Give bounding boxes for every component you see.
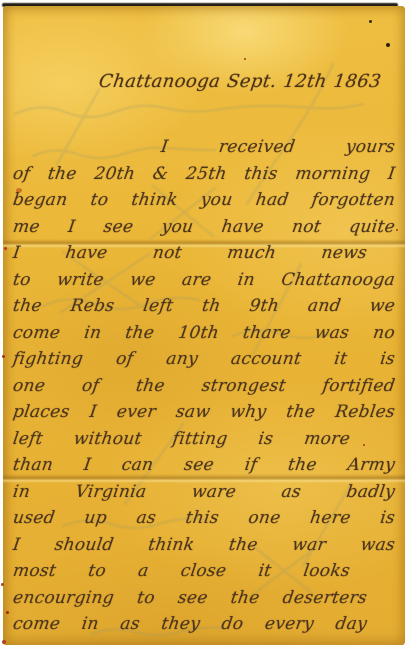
- letter-line: I received yours: [11, 134, 397, 161]
- letter-line: encourging to see the deserters: [11, 585, 397, 612]
- letter-paper: Chattanooga Sept. 12th 1863 I received y…: [3, 6, 405, 645]
- ink-speck: [386, 43, 390, 47]
- letter-line: of the 20th & 25th this morning I: [11, 161, 397, 188]
- letter-line: I should think the war was: [11, 532, 397, 559]
- letter-body: I received yours of the 20th & 25th this…: [13, 134, 395, 638]
- letter-line: one of the strongest fortified: [11, 373, 397, 400]
- foxing-speck: [244, 58, 246, 60]
- letter-line: places I ever saw why the Rebles: [11, 399, 397, 426]
- letter-line: used up as this one here is: [11, 505, 397, 532]
- scanned-letter-page: Chattanooga Sept. 12th 1863 I received y…: [0, 0, 411, 650]
- letter-line: come in as they do every day: [11, 611, 397, 638]
- letter-line: come in the 10th thare was no: [11, 320, 397, 347]
- letter-text: Chattanooga Sept. 12th 1863 I received y…: [3, 68, 405, 638]
- letter-line: most to a close it looks: [11, 558, 397, 585]
- letter-line: left without fitting is more: [11, 426, 397, 453]
- letter-line: than I can see if the Army: [11, 452, 397, 479]
- letter-line: me I see you have not quite: [11, 214, 397, 241]
- letter-line: in Virginia ware as badly: [11, 479, 397, 506]
- letter-line: I have not much news: [11, 240, 397, 267]
- letter-line: the Rebs left th 9th and we: [11, 293, 397, 320]
- letter-line: began to think you had forgotten: [11, 187, 397, 214]
- ink-speck: [369, 20, 372, 23]
- foxing-speck: [2, 640, 6, 644]
- letter-line: fighting of any account it is: [11, 346, 397, 373]
- letter-dateline: Chattanooga Sept. 12th 1863: [97, 68, 383, 96]
- letter-line: to write we are in Chattanooga: [11, 267, 397, 294]
